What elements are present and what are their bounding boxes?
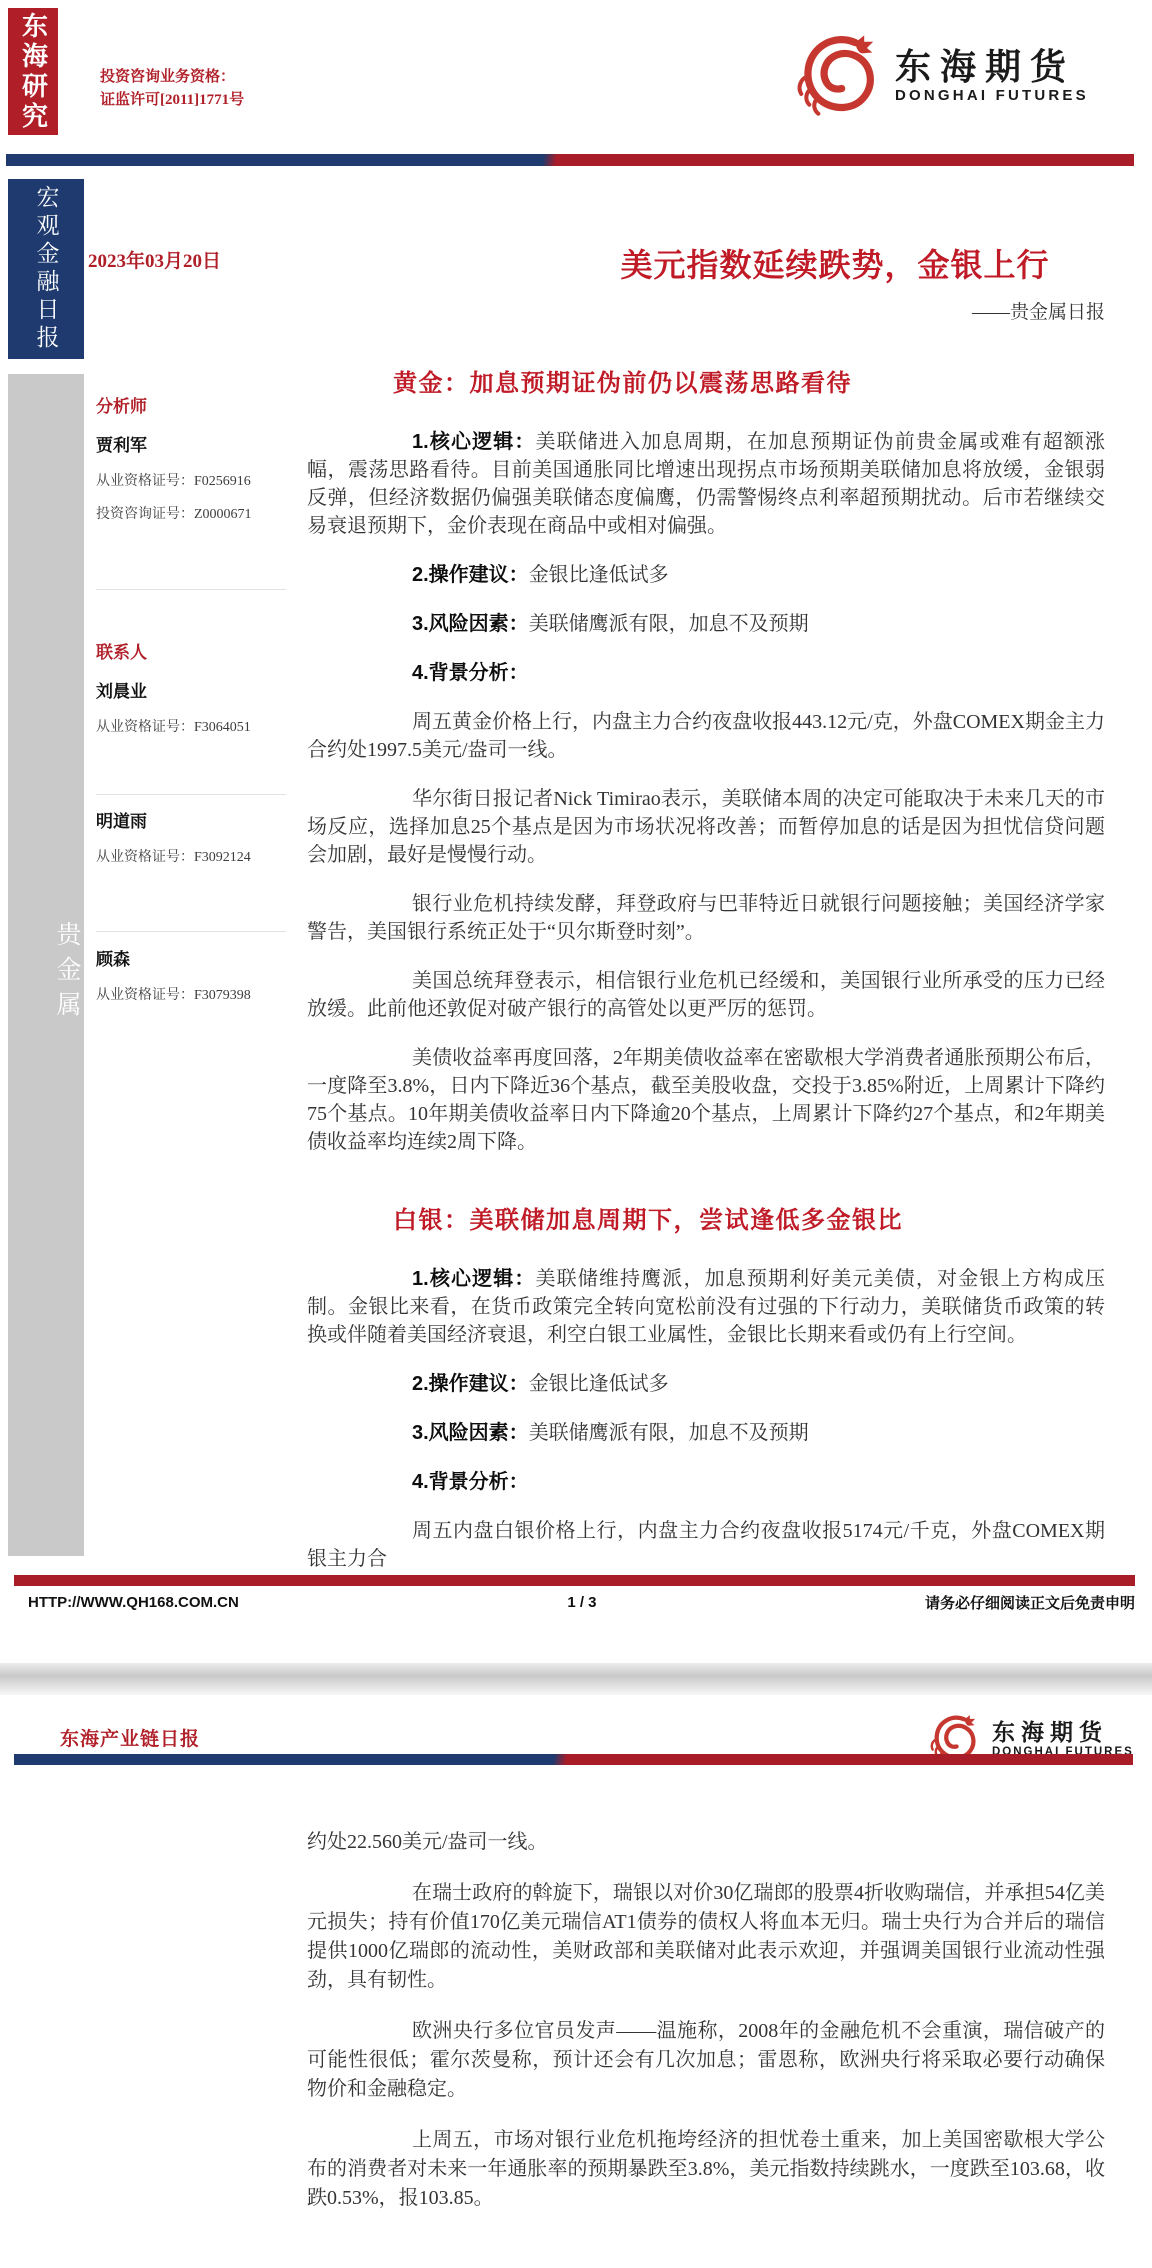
logo-text: 东海期货 DONGHAI FUTURES	[895, 47, 1089, 104]
footer-disclaimer: 请务必仔细阅读正文后免责申明	[925, 1592, 1135, 1613]
license-block: 投资咨询业务资格： 证监许可[2011]1771号	[100, 66, 244, 112]
page-footer: HTTP://WWW.QH168.COM.CN 1 / 3 请务必仔细阅读正文后…	[14, 1592, 1135, 1613]
footer-divider-bar	[14, 1575, 1135, 1586]
paragraph: 周五内盘白银价格上行，内盘主力合约夜盘收报5174元/千克，外盘COMEX期银主…	[307, 1517, 1105, 1573]
paragraph: 华尔街日报记者Nick Timirao表示，美联储本周的决定可能取决于未来几天的…	[307, 785, 1105, 869]
analyst-name: 贾利军	[96, 431, 291, 456]
paragraph: 1.核心逻辑：美联储进入加息周期，在加息预期证伪前贵金属或难有超额涨幅，震荡思路…	[307, 428, 1105, 540]
page2-header-divider-bar	[14, 1754, 1133, 1765]
category-text: 贵金属	[48, 921, 84, 1026]
license-line1: 投资咨询业务资格：	[100, 66, 244, 89]
analyst-cert-2: 投资咨询证号：Z0000671	[96, 503, 291, 523]
paragraph: 3.风险因素：美联储鹰派有限，加息不及预期	[307, 1419, 1105, 1447]
research-vertical-banner: 东海研究	[8, 8, 58, 135]
sidebar-divider	[96, 931, 286, 932]
contact-cert: 从业资格证号：F3064051	[96, 716, 291, 736]
gold-section-heading: 黄金：加息预期证伪前仍以震荡思路看待	[393, 368, 1105, 401]
paragraph: 欧洲央行多位官员发声——温施称，2008年的金融危机不会重演，瑞信破产的可能性很…	[307, 2017, 1105, 2104]
contact-block-2: 明道雨 从业资格证号：F3092124	[96, 807, 291, 879]
analyst-cert-1: 从业资格证号：F0256916	[96, 470, 291, 490]
contacts-label: 联系人	[96, 638, 291, 663]
analyst-label: 分析师	[96, 392, 291, 417]
contact-name: 明道雨	[96, 807, 291, 832]
page2-body: 约处22.560美元/盎司一线。 在瑞士政府的斡旋下，瑞银以对价30亿瑞郎的股票…	[307, 1828, 1105, 2235]
report-date: 2023年03月20日	[88, 246, 221, 273]
banner-text: 东海研究	[15, 12, 52, 132]
logo-chinese-name: 东海期货	[992, 1719, 1134, 1746]
logo-english-name: DONGHAI FUTURES	[895, 87, 1089, 104]
paragraph: 2.操作建议：金银比逢低试多	[307, 1370, 1105, 1398]
paragraph: 银行业危机持续发酵，拜登政府与巴菲特近日就银行问题接触；美国经济学家警告，美国银…	[307, 890, 1105, 946]
silver-section: 白银：美联储加息周期下，尝试逢低多金银比 1.核心逻辑：美联储维持鹰派，加息预期…	[307, 1205, 1105, 1594]
logo-chinese-name: 东海期货	[895, 47, 1089, 87]
paragraph: 美国总统拜登表示，相信银行业危机已经缓和，美国银行业所承受的压力已经放缓。此前他…	[307, 967, 1105, 1023]
paragraph: 1.核心逻辑：美联储维持鹰派，加息预期利好美元美债，对金银上方构成压制。金银比来…	[307, 1265, 1105, 1349]
analyst-block: 分析师 贾利军 从业资格证号：F0256916 投资咨询证号：Z0000671	[96, 392, 291, 536]
contact-name: 刘晨业	[96, 677, 291, 702]
paragraph: 在瑞士政府的斡旋下，瑞银以对价30亿瑞郎的股票4折收购瑞信，并承担54亿美元损失…	[307, 1879, 1105, 1995]
report-title: 美元指数延续跌势，金银上行	[560, 240, 1110, 286]
paragraph: 4.背景分析：	[307, 659, 1105, 687]
report-type-vertical-tab: 宏观金融日报	[8, 179, 84, 359]
paragraph: 周五黄金价格上行，内盘主力合约夜盘收报443.12元/克，外盘COMEX期金主力…	[307, 708, 1105, 764]
dragon-logo-icon	[793, 30, 885, 120]
contact-name: 顾森	[96, 945, 291, 970]
contact-cert: 从业资格证号：F3092124	[96, 846, 291, 866]
paragraph: 3.风险因素：美联储鹰派有限，加息不及预期	[307, 610, 1105, 638]
contact-cert: 从业资格证号：F3079398	[96, 984, 291, 1004]
silver-section-heading: 白银：美联储加息周期下，尝试逢低多金银比	[393, 1205, 1105, 1238]
report-subtitle: ——贵金属日报	[805, 297, 1105, 324]
paragraph: 4.背景分析：	[307, 1468, 1105, 1496]
sidebar-divider	[96, 794, 286, 795]
sidebar-divider	[96, 589, 286, 590]
paragraph: 上周五，市场对银行业危机拖垮经济的担忧卷土重来，加上美国密歇根大学公布的消费者对…	[307, 2126, 1105, 2213]
category-vertical-tab: 贵金属	[8, 374, 84, 1556]
header-divider-bar	[6, 154, 1134, 166]
page2-header-title: 东海产业链日报	[60, 1724, 200, 1751]
report-type-text: 宏观金融日报	[30, 185, 63, 353]
logo-text: 东海期货 DONGHAI FUTURES	[992, 1719, 1134, 1759]
gold-section: 黄金：加息预期证伪前仍以震荡思路看待 1.核心逻辑：美联储进入加息周期，在加息预…	[307, 368, 1105, 1177]
contact-block-3: 顾森 从业资格证号：F3079398	[96, 945, 291, 1017]
page-break-band	[0, 1663, 1152, 1695]
paragraph: 2.操作建议：金银比逢低试多	[307, 561, 1105, 589]
paragraph: 约处22.560美元/盎司一线。	[307, 1828, 1105, 1857]
paragraph: 美债收益率再度回落，2年期美债收益率在密歇根大学消费者通胀预期公布后，一度降至3…	[307, 1044, 1105, 1156]
footer-page-number: 1 / 3	[567, 1594, 596, 1611]
license-line2: 证监许可[2011]1771号	[100, 89, 244, 112]
contact-block-1: 联系人 刘晨业 从业资格证号：F3064051	[96, 638, 291, 749]
footer-website-url: HTTP://WWW.QH168.COM.CN	[28, 1594, 239, 1611]
company-logo: 东海期货 DONGHAI FUTURES	[793, 30, 1089, 120]
